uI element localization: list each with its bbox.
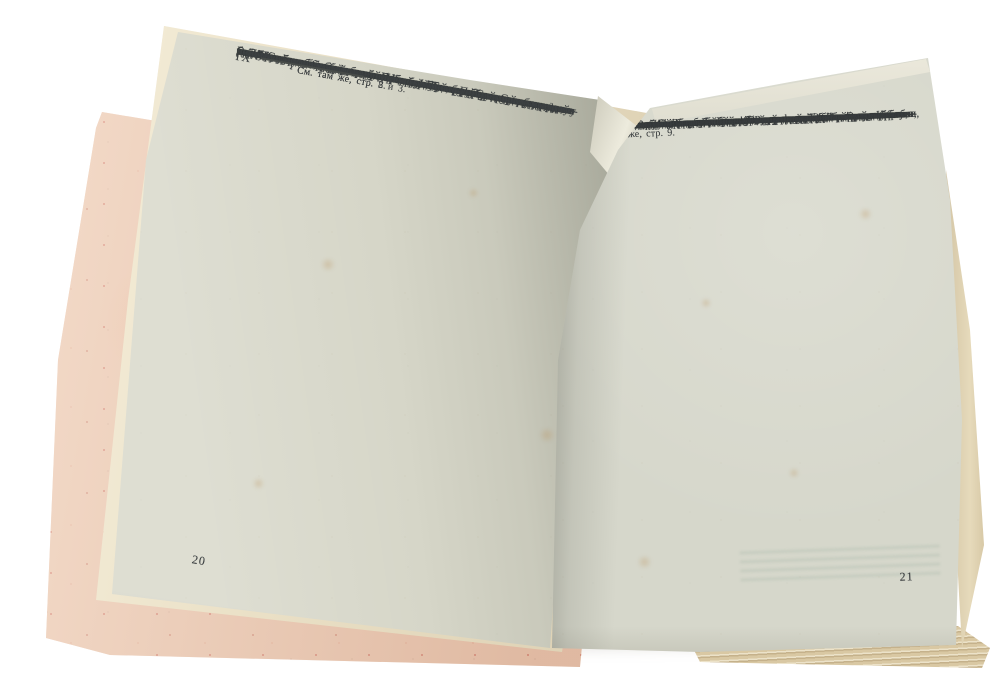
foxing-spot [858, 208, 873, 220]
left-page-text: 20 «Много дней, как хожу по следам его. … [238, 44, 649, 118]
foxing-spot [636, 556, 653, 568]
page-number-left: 20 [191, 552, 207, 568]
foxing-spot [468, 188, 479, 198]
foxing-spot [700, 298, 712, 308]
foxing-spot [320, 258, 336, 271]
book-photo: 20 «Много дней, как хожу по следам его. … [0, 0, 1000, 693]
page-number-right: 21 [899, 570, 913, 583]
foxing-spot [538, 428, 556, 442]
text-line: действующего прямо и непосредственно, на… [236, 44, 575, 118]
foxing-spot [788, 468, 800, 478]
foxing-spot [252, 478, 265, 489]
